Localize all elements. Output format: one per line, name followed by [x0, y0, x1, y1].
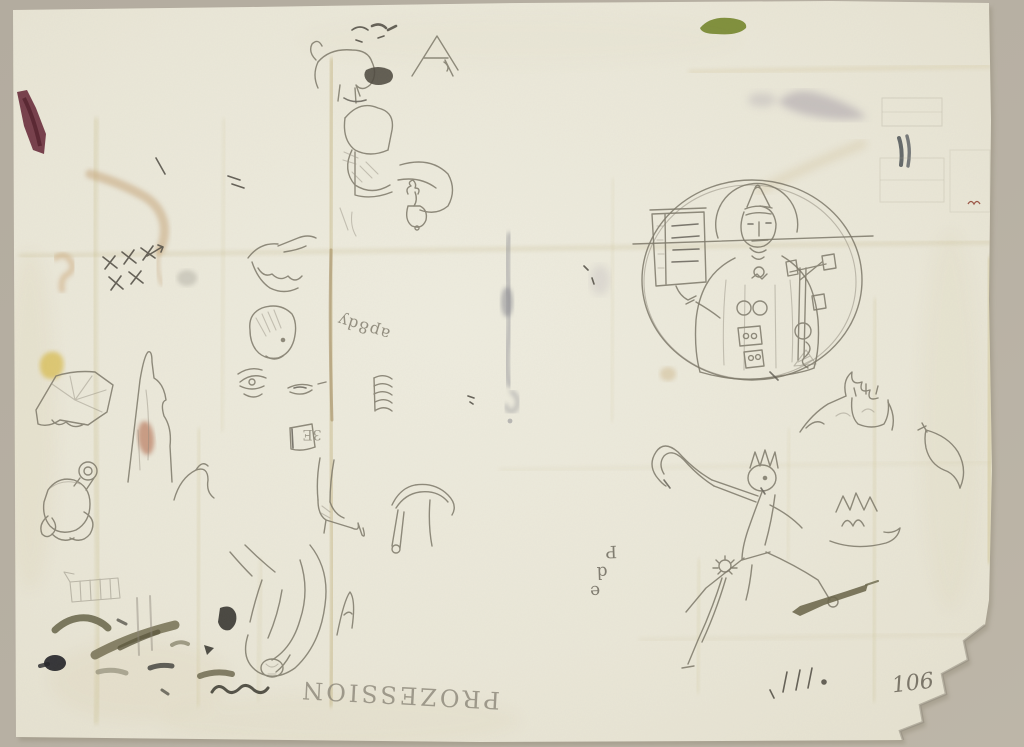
artwork-scan: PROZESSION ap8dy 3E P d e 106 [0, 0, 1024, 747]
drawing-canvas: PROZESSION ap8dy 3E P d e 106 [0, 0, 1024, 747]
paper-grain-texture [0, 0, 1024, 747]
